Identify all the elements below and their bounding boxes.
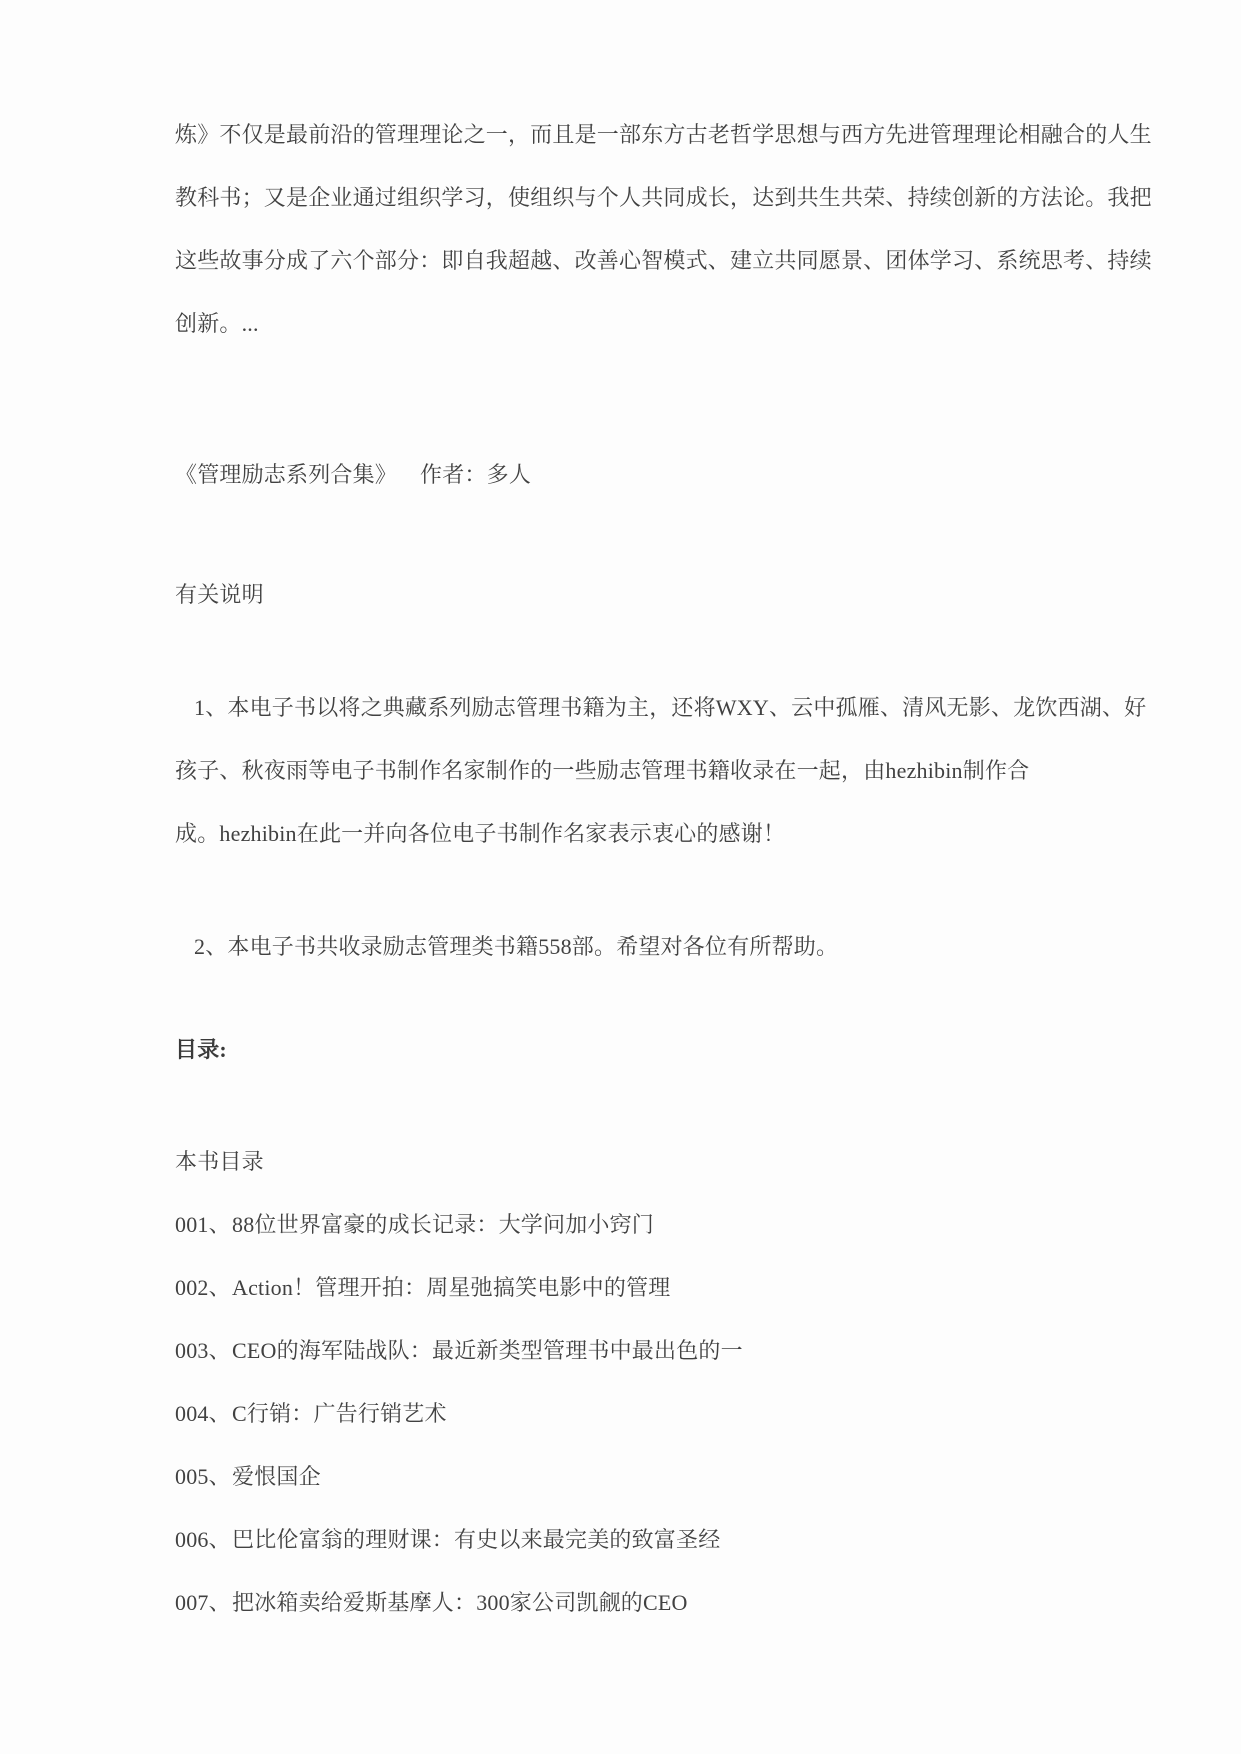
toc-list: 001、88位世界富豪的成长记录：大学问加小窍门 002、Action！管理开拍… bbox=[175, 1193, 1156, 1634]
toc-item-title: 88位世界富豪的成长记录：大学问加小窍门 bbox=[232, 1212, 654, 1237]
toc-item-number: 007、 bbox=[175, 1571, 232, 1634]
toc-item: 006、巴比伦富翁的理财课：有史以来最完美的致富圣经 bbox=[175, 1508, 1156, 1571]
toc-item-title: CEO的海军陆战队：最近新类型管理书中最出色的一 bbox=[232, 1338, 743, 1363]
toc-item: 002、Action！管理开拍：周星弛搞笑电影中的管理 bbox=[175, 1256, 1156, 1319]
series-author: 作者：多人 bbox=[420, 462, 531, 487]
note1-line: 成。hezhibin在此一并向各位电子书制作名家表示衷心的感谢！ bbox=[175, 802, 1156, 865]
series-title-line: 《管理励志系列合集》作者：多人 bbox=[175, 443, 1156, 506]
toc-subheading: 本书目录 bbox=[175, 1130, 1156, 1193]
toc-item-number: 002、 bbox=[175, 1256, 232, 1319]
toc-item-title: C行销：广告行销艺术 bbox=[232, 1401, 447, 1426]
note2-line: 2、本电子书共收录励志管理类书籍558部。希望对各位有所帮助。 bbox=[175, 915, 1156, 978]
toc-item: 007、把冰箱卖给爱斯基摩人：300家公司凯觎的CEO bbox=[175, 1571, 1156, 1634]
toc-item-number: 005、 bbox=[175, 1445, 232, 1508]
toc-item: 004、C行销：广告行销艺术 bbox=[175, 1382, 1156, 1445]
document-page: 炼》不仅是最前沿的管理理论之一，而且是一部东方古老哲学思想与西方先进管理理论相融… bbox=[0, 0, 1241, 1754]
toc-item-number: 004、 bbox=[175, 1382, 232, 1445]
toc-item: 003、CEO的海军陆战队：最近新类型管理书中最出色的一 bbox=[175, 1319, 1156, 1382]
toc-item-number: 006、 bbox=[175, 1508, 232, 1571]
toc-item-title: 巴比伦富翁的理财课：有史以来最完美的致富圣经 bbox=[232, 1527, 720, 1552]
toc-item-number: 001、 bbox=[175, 1193, 232, 1256]
series-title: 《管理励志系列合集》 bbox=[175, 462, 397, 487]
intro-paragraph-line: 教科书；又是企业通过组织学习，使组织与个人共同成长，达到共生共荣、持续创新的方法… bbox=[175, 166, 1156, 229]
toc-item-number: 003、 bbox=[175, 1319, 232, 1382]
toc-item-title: Action！管理开拍：周星弛搞笑电影中的管理 bbox=[232, 1275, 670, 1300]
toc-item-title: 爱恨国企 bbox=[232, 1464, 321, 1489]
intro-paragraph-line: 炼》不仅是最前沿的管理理论之一，而且是一部东方古老哲学思想与西方先进管理理论相融… bbox=[175, 103, 1156, 166]
toc-item: 005、爱恨国企 bbox=[175, 1445, 1156, 1508]
intro-paragraph-line: 创新。... bbox=[175, 292, 1156, 355]
notes-heading: 有关说明 bbox=[175, 563, 1156, 626]
intro-paragraph-line: 这些故事分成了六个部分：即自我超越、改善心智模式、建立共同愿景、团体学习、系统思… bbox=[175, 229, 1156, 292]
note1-line: 孩子、秋夜雨等电子书制作名家制作的一些励志管理书籍收录在一起，由hezhibin… bbox=[175, 739, 1156, 802]
note1-line: 1、本电子书以将之典藏系列励志管理书籍为主，还将WXY、云中孤雁、清风无影、龙饮… bbox=[175, 676, 1156, 739]
toc-item-title: 把冰箱卖给爱斯基摩人：300家公司凯觎的CEO bbox=[232, 1590, 688, 1615]
toc-heading: 目录: bbox=[175, 1018, 1156, 1081]
toc-item: 001、88位世界富豪的成长记录：大学问加小窍门 bbox=[175, 1193, 1156, 1256]
